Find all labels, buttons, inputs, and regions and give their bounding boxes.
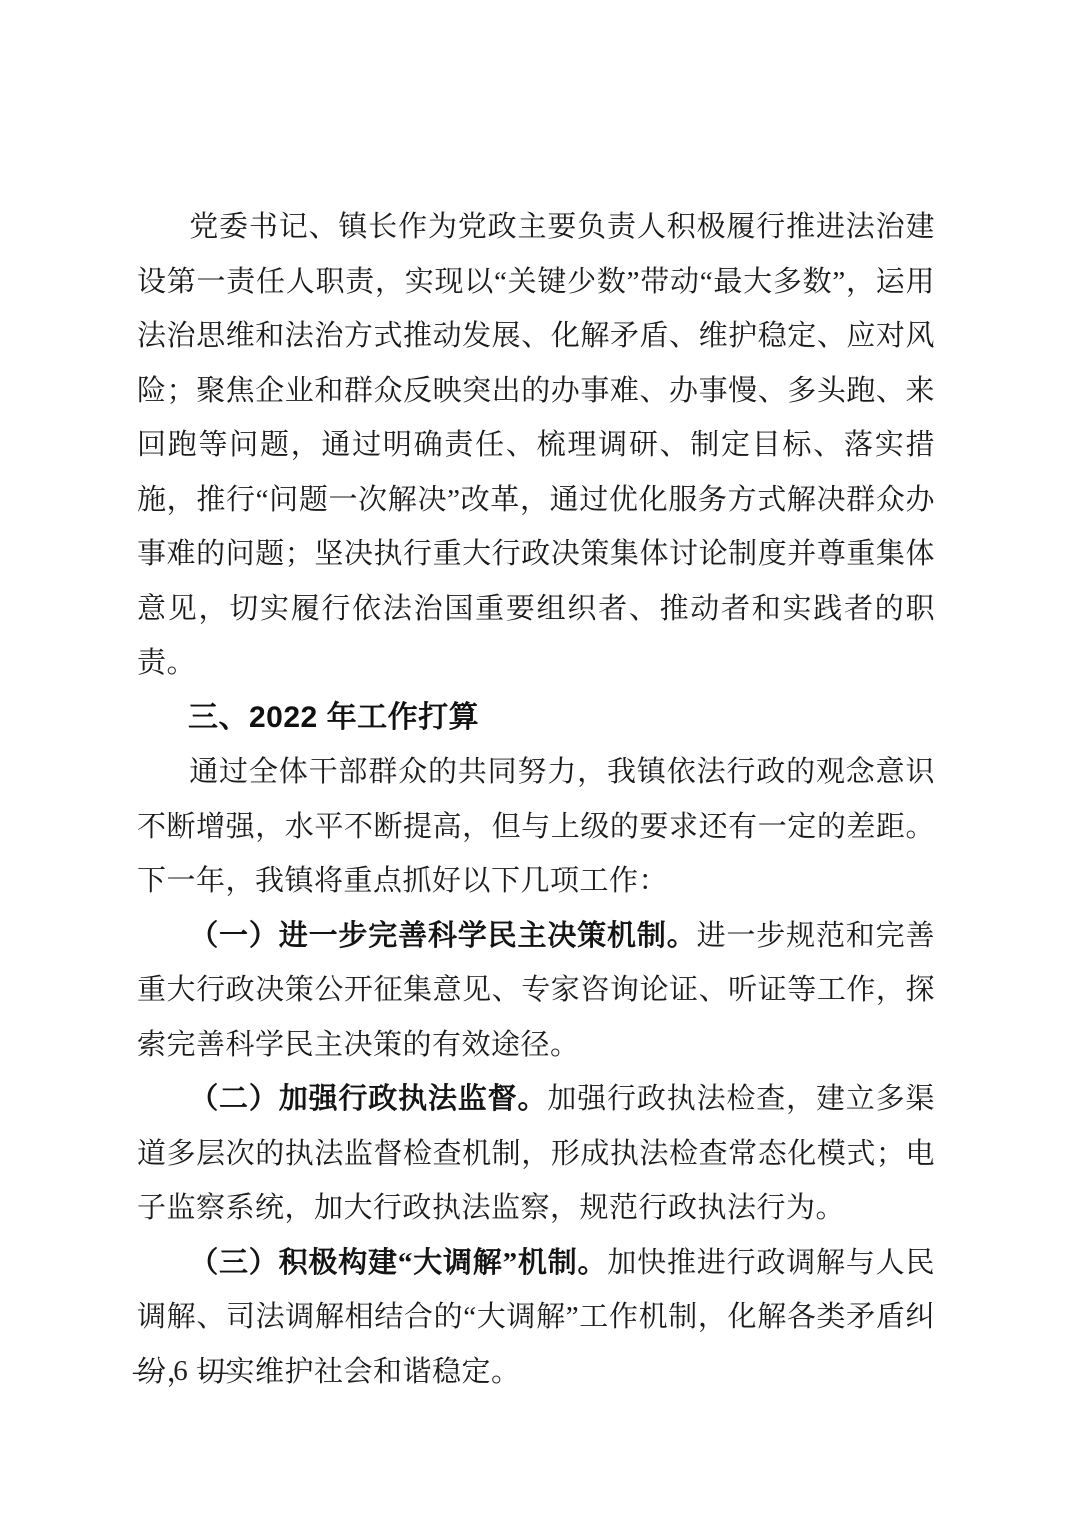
page-number: — 6 —: [133, 1353, 230, 1389]
plan-item-3-lead: （三）积极构建“大调解”机制。: [189, 1247, 607, 1279]
document-body: 党委书记、镇长作为党政主要负责人积极履行推进法治建设第一责任人职责，实现以“关键…: [137, 200, 935, 1399]
intro-paragraph: 党委书记、镇长作为党政主要负责人积极履行推进法治建设第一责任人职责，实现以“关键…: [137, 200, 935, 691]
plan-item-1-lead: （一）进一步完善科学民主决策机制。: [189, 920, 696, 952]
plan-item-1: （一）进一步完善科学民主决策机制。进一步规范和完善重大行政决策公开征集意见、专家…: [137, 909, 935, 1073]
plan-item-2: （二）加强行政执法监督。加强行政执法检查，建立多渠道多层次的执法监督检查机制，形…: [137, 1072, 935, 1236]
section-heading-2022-work-plan: 三、2022 年工作打算: [137, 691, 935, 746]
plan-intro-paragraph: 通过全体干部群众的共同努力，我镇依法行政的观念意识不断增强，水平不断提高，但与上…: [137, 745, 935, 909]
plan-item-3: （三）积极构建“大调解”机制。加快推进行政调解与人民调解、司法调解相结合的“大调…: [137, 1236, 935, 1400]
plan-item-2-lead: （二）加强行政执法监督。: [189, 1083, 547, 1115]
document-page: 党委书记、镇长作为党政主要负责人积极履行推进法治建设第一责任人职责，实现以“关键…: [0, 0, 1074, 1520]
